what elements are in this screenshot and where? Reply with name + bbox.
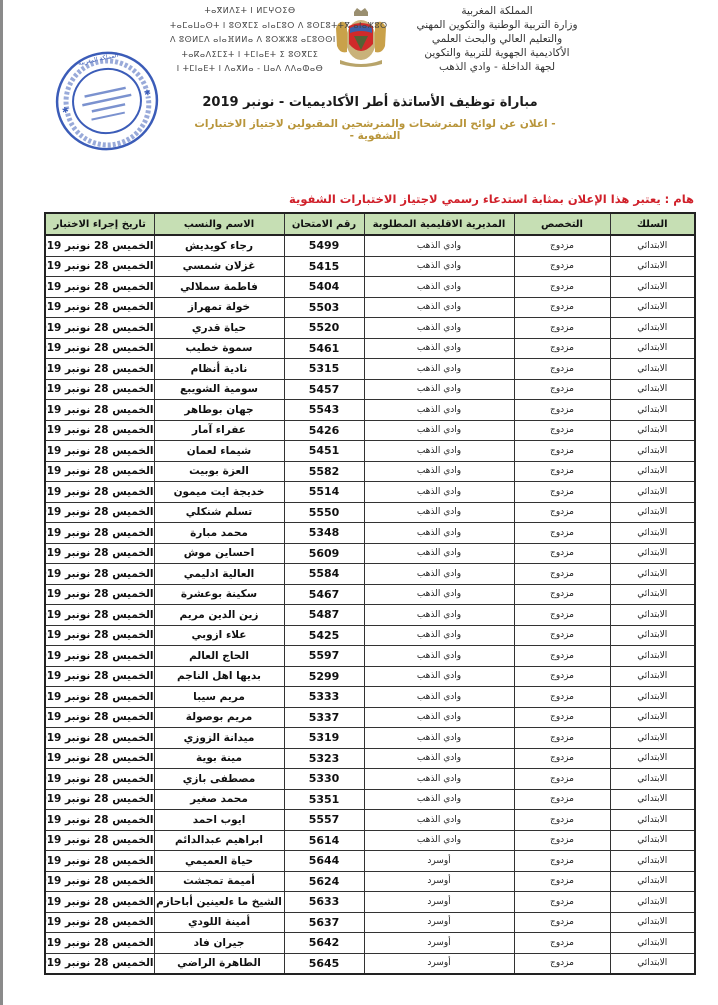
cell-full-name: مينة بوية — [154, 748, 284, 769]
cell-exam-date: الخميس 28 نونبر 2019 — [45, 523, 154, 544]
cell-specialty: مزدوج — [514, 810, 610, 831]
svg-text:✱: ✱ — [143, 88, 152, 98]
table-row: الابتدائيمزدوجأوسرد5644حياة العميميالخمي… — [45, 851, 695, 872]
cell-specialty: مزدوج — [514, 235, 610, 256]
header-line: والتعليم العالي والبحث العلمي — [392, 32, 602, 46]
cell-directorate: أوسرد — [364, 933, 514, 954]
cell-directorate: وادي الذهب — [364, 625, 514, 646]
cell-directorate: وادي الذهب — [364, 810, 514, 831]
cell-directorate: وادي الذهب — [364, 523, 514, 544]
cell-full-name: ميدانة الزوزي — [154, 728, 284, 749]
cell-exam-date: الخميس 28 نونبر 2019 — [45, 584, 154, 605]
cell-exam-number: 5609 — [284, 543, 364, 564]
cell-directorate: وادي الذهب — [364, 605, 514, 626]
cell-exam-number: 5557 — [284, 810, 364, 831]
cell-specialty: مزدوج — [514, 892, 610, 913]
table-header-row: السلك التخصص المديرية الاقليمية المطلوبة… — [45, 213, 695, 235]
cell-exam-date: الخميس 28 نونبر 2019 — [45, 400, 154, 421]
cell-exam-date: الخميس 28 نونبر 2019 — [45, 789, 154, 810]
cell-specialty: مزدوج — [514, 461, 610, 482]
cell-exam-date: الخميس 28 نونبر 2019 — [45, 769, 154, 790]
cell-exam-number: 5642 — [284, 933, 364, 954]
cell-exam-date: الخميس 28 نونبر 2019 — [45, 297, 154, 318]
cell-exam-number: 5461 — [284, 338, 364, 359]
cell-specialty: مزدوج — [514, 523, 610, 544]
cell-full-name: خولة تمهراز — [154, 297, 284, 318]
cell-exam-number: 5337 — [284, 707, 364, 728]
cell-full-name: مريم بوصولة — [154, 707, 284, 728]
official-stamp-icon: المملكة المغربية ✱ ✱ — [52, 48, 162, 154]
cell-exam-date: الخميس 28 نونبر 2019 — [45, 646, 154, 667]
cell-full-name: احساين موش — [154, 543, 284, 564]
table-row: الابتدائيمزدوجوادي الذهب5514خديجة ايت مي… — [45, 482, 695, 503]
cell-full-name: جهان بوطاهر — [154, 400, 284, 421]
table-row: الابتدائيمزدوجوادي الذهب5299بديها اهل ال… — [45, 666, 695, 687]
table-row: الابتدائيمزدوجوادي الذهب5520حياة قدريالخ… — [45, 318, 695, 339]
cell-specialty: مزدوج — [514, 769, 610, 790]
cell-full-name: بديها اهل الناجم — [154, 666, 284, 687]
column-header-directorate: المديرية الاقليمية المطلوبة — [364, 213, 514, 235]
cell-full-name: جيران فاد — [154, 933, 284, 954]
cell-cycle: الابتدائي — [610, 584, 695, 605]
cell-exam-number: 5614 — [284, 830, 364, 851]
table-row: الابتدائيمزدوجأوسرد5642جيران فادالخميس 2… — [45, 933, 695, 954]
cell-cycle: الابتدائي — [610, 605, 695, 626]
cell-full-name: أميمة تمجشت — [154, 871, 284, 892]
important-notice: هام : يعتبر هذا الإعلان بمثابة استدعاء ر… — [289, 192, 694, 206]
institution-header-arabic: المملكة المغربية وزارة التربية الوطنية و… — [392, 4, 602, 74]
header-line: ⵜⴰⴽⴰⴷⵉⵎⵉⵜ ⵏ ⵜⵎⵏⴰⴹⵜ ⵉ ⵓⵙⴳⵎⵉ — [170, 48, 330, 63]
cell-full-name: محمد مبارة — [154, 523, 284, 544]
cell-exam-number: 5319 — [284, 728, 364, 749]
cell-specialty: مزدوج — [514, 953, 610, 974]
cell-exam-date: الخميس 28 نونبر 2019 — [45, 461, 154, 482]
cell-directorate: وادي الذهب — [364, 318, 514, 339]
cell-exam-date: الخميس 28 نونبر 2019 — [45, 912, 154, 933]
cell-exam-date: الخميس 28 نونبر 2019 — [45, 543, 154, 564]
table-row: الابتدائيمزدوجوادي الذهب5557ايوب احمدالخ… — [45, 810, 695, 831]
cell-cycle: الابتدائي — [610, 871, 695, 892]
table-row: الابتدائيمزدوجأوسرد5637أمينة اللوديالخمي… — [45, 912, 695, 933]
cell-exam-date: الخميس 28 نونبر 2019 — [45, 625, 154, 646]
cell-cycle: الابتدائي — [610, 851, 695, 872]
table-row: الابتدائيمزدوجوادي الذهب5323مينة بويةالخ… — [45, 748, 695, 769]
table-row: الابتدائيمزدوجوادي الذهب5404فاطمة سملالي… — [45, 277, 695, 298]
cell-exam-number: 5499 — [284, 235, 364, 256]
table-row: الابتدائيمزدوجوادي الذهب5614ابراهيم عبدا… — [45, 830, 695, 851]
cell-exam-date: الخميس 28 نونبر 2019 — [45, 830, 154, 851]
header-line: ⵜⴰⴳⵍⴷⵉⵜ ⵏ ⵍⵎⵖⵔⵉⴱ — [170, 4, 330, 19]
table-body: الابتدائيمزدوجوادي الذهب5499رجاء كويديشا… — [45, 235, 695, 974]
column-header-exam-number: رقم الامتحان — [284, 213, 364, 235]
cell-cycle: الابتدائي — [610, 892, 695, 913]
table-row: الابتدائيمزدوجوادي الذهب5451شيماء لعمانا… — [45, 441, 695, 462]
cell-specialty: مزدوج — [514, 338, 610, 359]
cell-exam-date: الخميس 28 نونبر 2019 — [45, 728, 154, 749]
cell-full-name: خديجة ايت ميمون — [154, 482, 284, 503]
cell-specialty: مزدوج — [514, 912, 610, 933]
cell-full-name: علاء ازوبي — [154, 625, 284, 646]
cell-directorate: وادي الذهب — [364, 502, 514, 523]
cell-exam-date: الخميس 28 نونبر 2019 — [45, 707, 154, 728]
page-edge-stripe — [0, 0, 3, 1005]
cell-full-name: عفراء آمار — [154, 420, 284, 441]
table-row: الابتدائيمزدوجوادي الذهب5584العالية ادلي… — [45, 564, 695, 585]
table-row: الابتدائيمزدوجوادي الذهب5348محمد مبارةال… — [45, 523, 695, 544]
cell-cycle: الابتدائي — [610, 933, 695, 954]
cell-full-name: نادية أنظام — [154, 359, 284, 380]
cell-full-name: حياة قدري — [154, 318, 284, 339]
column-header-exam-date: تاريخ إجراء الاختبار — [45, 213, 154, 235]
institution-header-tifinagh: ⵜⴰⴳⵍⴷⵉⵜ ⵏ ⵍⵎⵖⵔⵉⴱ ⵜⴰⵎⴰⵡⴰⵙⵜ ⵏ ⵓⵙⴳⵎⵉ ⴰⵏⴰⵎⵓⵔ… — [170, 4, 330, 77]
cell-full-name: سومية الشويبع — [154, 379, 284, 400]
cell-exam-number: 5348 — [284, 523, 364, 544]
cell-cycle: الابتدائي — [610, 687, 695, 708]
cell-exam-date: الخميس 28 نونبر 2019 — [45, 748, 154, 769]
cell-exam-number: 5333 — [284, 687, 364, 708]
cell-exam-number: 5514 — [284, 482, 364, 503]
header-line: وزارة التربية الوطنية والتكوين المهني — [392, 18, 602, 32]
cell-full-name: ابراهيم عبدالدائم — [154, 830, 284, 851]
cell-directorate: وادي الذهب — [364, 379, 514, 400]
cell-full-name: الطاهرة الراضي — [154, 953, 284, 974]
cell-cycle: الابتدائي — [610, 646, 695, 667]
cell-directorate: وادي الذهب — [364, 584, 514, 605]
cell-exam-number: 5467 — [284, 584, 364, 605]
cell-specialty: مزدوج — [514, 318, 610, 339]
cell-cycle: الابتدائي — [610, 482, 695, 503]
cell-cycle: الابتدائي — [610, 625, 695, 646]
cell-directorate: أوسرد — [364, 851, 514, 872]
cell-directorate: أوسرد — [364, 953, 514, 974]
cell-full-name: تسلم شنكلي — [154, 502, 284, 523]
cell-exam-date: الخميس 28 نونبر 2019 — [45, 277, 154, 298]
cell-specialty: مزدوج — [514, 728, 610, 749]
cell-exam-date: الخميس 28 نونبر 2019 — [45, 256, 154, 277]
cell-directorate: وادي الذهب — [364, 256, 514, 277]
cell-full-name: الحاج العالم — [154, 646, 284, 667]
cell-exam-date: الخميس 28 نونبر 2019 — [45, 605, 154, 626]
cell-directorate: وادي الذهب — [364, 277, 514, 298]
table-row: الابتدائيمزدوجأوسرد5624أميمة تمجشتالخميس… — [45, 871, 695, 892]
cell-exam-number: 5457 — [284, 379, 364, 400]
cell-directorate: وادي الذهب — [364, 789, 514, 810]
cell-exam-number: 5584 — [284, 564, 364, 585]
cell-cycle: الابتدائي — [610, 523, 695, 544]
cell-cycle: الابتدائي — [610, 748, 695, 769]
cell-directorate: وادي الذهب — [364, 338, 514, 359]
cell-directorate: وادي الذهب — [364, 441, 514, 462]
cell-exam-number: 5351 — [284, 789, 364, 810]
cell-full-name: محمد صغير — [154, 789, 284, 810]
cell-directorate: وادي الذهب — [364, 235, 514, 256]
cell-exam-date: الخميس 28 نونبر 2019 — [45, 892, 154, 913]
cell-specialty: مزدوج — [514, 605, 610, 626]
cell-exam-number: 5404 — [284, 277, 364, 298]
cell-directorate: وادي الذهب — [364, 728, 514, 749]
header-line: المملكة المغربية — [392, 4, 602, 18]
table-row: الابتدائيمزدوجوادي الذهب5582العزة بوبيتا… — [45, 461, 695, 482]
table-row: الابتدائيمزدوجوادي الذهب5351محمد صغيرالخ… — [45, 789, 695, 810]
cell-exam-number: 5624 — [284, 871, 364, 892]
cell-specialty: مزدوج — [514, 543, 610, 564]
cell-cycle: الابتدائي — [610, 256, 695, 277]
cell-full-name: غزلان شمسي — [154, 256, 284, 277]
cell-cycle: الابتدائي — [610, 359, 695, 380]
cell-full-name: ايوب احمد — [154, 810, 284, 831]
cell-cycle: الابتدائي — [610, 502, 695, 523]
cell-specialty: مزدوج — [514, 420, 610, 441]
table-row: الابتدائيمزدوجوادي الذهب5503خولة تمهرازا… — [45, 297, 695, 318]
header-line: الأكاديمية الجهوية للتربية والتكوين — [392, 46, 602, 60]
cell-cycle: الابتدائي — [610, 318, 695, 339]
cell-specialty: مزدوج — [514, 297, 610, 318]
header-line: ⵜⴰⵎⴰⵡⴰⵙⵜ ⵏ ⵓⵙⴳⵎⵉ ⴰⵏⴰⵎⵓⵔ ⴷ ⵓⵙⵎⵓⵜⵜⴳ ⴰⵏⴰⵣⵓⵔ — [170, 19, 330, 34]
cell-full-name: شيماء لعمان — [154, 441, 284, 462]
cell-directorate: وادي الذهب — [364, 543, 514, 564]
column-header-cycle: السلك — [610, 213, 695, 235]
cell-exam-date: الخميس 28 نونبر 2019 — [45, 564, 154, 585]
cell-specialty: مزدوج — [514, 564, 610, 585]
table-row: الابتدائيمزدوجوادي الذهب5333مريم سيباالخ… — [45, 687, 695, 708]
table-row: الابتدائيمزدوجوادي الذهب5337مريم بوصولةا… — [45, 707, 695, 728]
cell-cycle: الابتدائي — [610, 297, 695, 318]
cell-specialty: مزدوج — [514, 400, 610, 421]
cell-directorate: وادي الذهب — [364, 564, 514, 585]
cell-exam-number: 5637 — [284, 912, 364, 933]
cell-full-name: الشيخ ما ءلعينين أباحازم — [154, 892, 284, 913]
cell-exam-number: 5487 — [284, 605, 364, 626]
cell-full-name: سكينة بوعشرة — [154, 584, 284, 605]
cell-specialty: مزدوج — [514, 277, 610, 298]
cell-directorate: أوسرد — [364, 892, 514, 913]
cell-cycle: الابتدائي — [610, 810, 695, 831]
cell-cycle: الابتدائي — [610, 543, 695, 564]
cell-full-name: سموة خطيب — [154, 338, 284, 359]
cell-specialty: مزدوج — [514, 584, 610, 605]
cell-full-name: فاطمة سملالي — [154, 277, 284, 298]
cell-exam-date: الخميس 28 نونبر 2019 — [45, 318, 154, 339]
cell-full-name: زين الدين مريم — [154, 605, 284, 626]
cell-directorate: وادي الذهب — [364, 707, 514, 728]
table-row: الابتدائيمزدوجوادي الذهب5550تسلم شنكليال… — [45, 502, 695, 523]
cell-cycle: الابتدائي — [610, 564, 695, 585]
candidates-table: السلك التخصص المديرية الاقليمية المطلوبة… — [44, 212, 696, 975]
cell-full-name: حياة العميمي — [154, 851, 284, 872]
cell-exam-number: 5582 — [284, 461, 364, 482]
cell-specialty: مزدوج — [514, 359, 610, 380]
cell-exam-number: 5323 — [284, 748, 364, 769]
coat-of-arms-icon — [332, 6, 390, 70]
cell-cycle: الابتدائي — [610, 789, 695, 810]
cell-cycle: الابتدائي — [610, 912, 695, 933]
cell-exam-date: الخميس 28 نونبر 2019 — [45, 687, 154, 708]
table-row: الابتدائيمزدوجأوسرد5633الشيخ ما ءلعينين … — [45, 892, 695, 913]
cell-directorate: وادي الذهب — [364, 297, 514, 318]
cell-cycle: الابتدائي — [610, 338, 695, 359]
cell-specialty: مزدوج — [514, 707, 610, 728]
table-row: الابتدائيمزدوجوادي الذهب5330مصطفى بازيال… — [45, 769, 695, 790]
cell-specialty: مزدوج — [514, 379, 610, 400]
cell-exam-date: الخميس 28 نونبر 2019 — [45, 933, 154, 954]
cell-full-name: رجاء كويديش — [154, 235, 284, 256]
cell-specialty: مزدوج — [514, 441, 610, 462]
cell-cycle: الابتدائي — [610, 400, 695, 421]
cell-directorate: وادي الذهب — [364, 646, 514, 667]
cell-full-name: العزة بوبيت — [154, 461, 284, 482]
cell-cycle: الابتدائي — [610, 441, 695, 462]
cell-directorate: وادي الذهب — [364, 400, 514, 421]
cell-cycle: الابتدائي — [610, 666, 695, 687]
cell-full-name: مريم سيبا — [154, 687, 284, 708]
header-line: ⵏ ⵜⵎⵏⴰⴹⵜ ⵏ ⴷⴰⵅⵍⴰ - ⵡⴰⴷ ⴷⴷⴰⵀⴰⴱ — [170, 62, 330, 77]
cell-exam-date: الخميس 28 نونبر 2019 — [45, 441, 154, 462]
cell-specialty: مزدوج — [514, 502, 610, 523]
table-row: الابتدائيمزدوجوادي الذهب5543جهان بوطاهرا… — [45, 400, 695, 421]
cell-specialty: مزدوج — [514, 748, 610, 769]
cell-specialty: مزدوج — [514, 830, 610, 851]
cell-directorate: وادي الذهب — [364, 482, 514, 503]
cell-exam-date: الخميس 28 نونبر 2019 — [45, 666, 154, 687]
cell-exam-date: الخميس 28 نونبر 2019 — [45, 379, 154, 400]
cell-cycle: الابتدائي — [610, 277, 695, 298]
table-row: الابتدائيمزدوجوادي الذهب5457سومية الشويب… — [45, 379, 695, 400]
cell-exam-number: 5503 — [284, 297, 364, 318]
cell-directorate: وادي الذهب — [364, 748, 514, 769]
cell-directorate: وادي الذهب — [364, 461, 514, 482]
cell-directorate: أوسرد — [364, 871, 514, 892]
table-row: الابتدائيمزدوجوادي الذهب5467سكينة بوعشرة… — [45, 584, 695, 605]
page-title: مباراة توظيف الأساتذة أطر الأكاديميات - … — [200, 95, 540, 110]
table-row: الابتدائيمزدوجأوسرد5645الطاهرة الراضيالخ… — [45, 953, 695, 974]
cell-exam-date: الخميس 28 نونبر 2019 — [45, 359, 154, 380]
cell-specialty: مزدوج — [514, 933, 610, 954]
header-line: ⴷ ⵓⵙⵍⵎⴷ ⴰⵏⴰⴼⵍⵍⴰ ⴷ ⵓⵔⵣⵣⵓ ⴰⵎⵓⵙⵙⵏ — [170, 33, 330, 48]
cell-exam-date: الخميس 28 نونبر 2019 — [45, 810, 154, 831]
cell-specialty: مزدوج — [514, 256, 610, 277]
cell-exam-date: الخميس 28 نونبر 2019 — [45, 502, 154, 523]
cell-exam-date: الخميس 28 نونبر 2019 — [45, 482, 154, 503]
cell-exam-number: 5543 — [284, 400, 364, 421]
cell-exam-number: 5315 — [284, 359, 364, 380]
cell-exam-number: 5520 — [284, 318, 364, 339]
cell-exam-date: الخميس 28 نونبر 2019 — [45, 953, 154, 974]
column-header-full-name: الاسم والنسب — [154, 213, 284, 235]
cell-exam-date: الخميس 28 نونبر 2019 — [45, 338, 154, 359]
table-row: الابتدائيمزدوجوادي الذهب5315نادية أنظاما… — [45, 359, 695, 380]
cell-full-name: العالية ادليمي — [154, 564, 284, 585]
cell-exam-number: 5550 — [284, 502, 364, 523]
cell-exam-number: 5426 — [284, 420, 364, 441]
cell-exam-number: 5425 — [284, 625, 364, 646]
cell-exam-date: الخميس 28 نونبر 2019 — [45, 871, 154, 892]
cell-specialty: مزدوج — [514, 687, 610, 708]
table-row: الابتدائيمزدوجوادي الذهب5609احساين موشال… — [45, 543, 695, 564]
cell-cycle: الابتدائي — [610, 379, 695, 400]
cell-cycle: الابتدائي — [610, 728, 695, 749]
table-row: الابتدائيمزدوجوادي الذهب5415غزلان شمسيال… — [45, 256, 695, 277]
cell-cycle: الابتدائي — [610, 461, 695, 482]
cell-directorate: وادي الذهب — [364, 769, 514, 790]
cell-specialty: مزدوج — [514, 666, 610, 687]
cell-exam-date: الخميس 28 نونبر 2019 — [45, 420, 154, 441]
cell-cycle: الابتدائي — [610, 235, 695, 256]
cell-exam-number: 5645 — [284, 953, 364, 974]
table-row: الابتدائيمزدوجوادي الذهب5461سموة خطيبالخ… — [45, 338, 695, 359]
cell-specialty: مزدوج — [514, 871, 610, 892]
cell-directorate: أوسرد — [364, 912, 514, 933]
cell-directorate: وادي الذهب — [364, 359, 514, 380]
table-row: الابتدائيمزدوجوادي الذهب5499رجاء كويديشا… — [45, 235, 695, 256]
table-row: الابتدائيمزدوجوادي الذهب5597الحاج العالم… — [45, 646, 695, 667]
cell-cycle: الابتدائي — [610, 953, 695, 974]
cell-specialty: مزدوج — [514, 851, 610, 872]
cell-exam-number: 5597 — [284, 646, 364, 667]
cell-specialty: مزدوج — [514, 646, 610, 667]
cell-exam-number: 5644 — [284, 851, 364, 872]
page-subtitle: - اعلان عن لوائح المترشحات والمترشحين ال… — [180, 118, 570, 142]
cell-directorate: وادي الذهب — [364, 666, 514, 687]
cell-directorate: وادي الذهب — [364, 420, 514, 441]
candidates-table-container: السلك التخصص المديرية الاقليمية المطلوبة… — [44, 212, 694, 975]
cell-specialty: مزدوج — [514, 625, 610, 646]
table-row: الابتدائيمزدوجوادي الذهب5319ميدانة الزوز… — [45, 728, 695, 749]
cell-specialty: مزدوج — [514, 482, 610, 503]
cell-directorate: وادي الذهب — [364, 830, 514, 851]
cell-cycle: الابتدائي — [610, 420, 695, 441]
cell-exam-number: 5330 — [284, 769, 364, 790]
cell-directorate: وادي الذهب — [364, 687, 514, 708]
cell-exam-number: 5451 — [284, 441, 364, 462]
cell-exam-number: 5415 — [284, 256, 364, 277]
cell-exam-number: 5633 — [284, 892, 364, 913]
cell-exam-number: 5299 — [284, 666, 364, 687]
header-line: لجهة الداخلة - وادي الذهب — [392, 60, 602, 74]
cell-full-name: أمينة اللودي — [154, 912, 284, 933]
cell-cycle: الابتدائي — [610, 707, 695, 728]
cell-cycle: الابتدائي — [610, 830, 695, 851]
cell-exam-date: الخميس 28 نونبر 2019 — [45, 851, 154, 872]
column-header-specialty: التخصص — [514, 213, 610, 235]
cell-full-name: مصطفى بازي — [154, 769, 284, 790]
table-row: الابتدائيمزدوجوادي الذهب5426عفراء آمارال… — [45, 420, 695, 441]
cell-cycle: الابتدائي — [610, 769, 695, 790]
table-row: الابتدائيمزدوجوادي الذهب5425علاء ازوبيال… — [45, 625, 695, 646]
cell-exam-date: الخميس 28 نونبر 2019 — [45, 235, 154, 256]
cell-specialty: مزدوج — [514, 789, 610, 810]
table-row: الابتدائيمزدوجوادي الذهب5487زين الدين مر… — [45, 605, 695, 626]
